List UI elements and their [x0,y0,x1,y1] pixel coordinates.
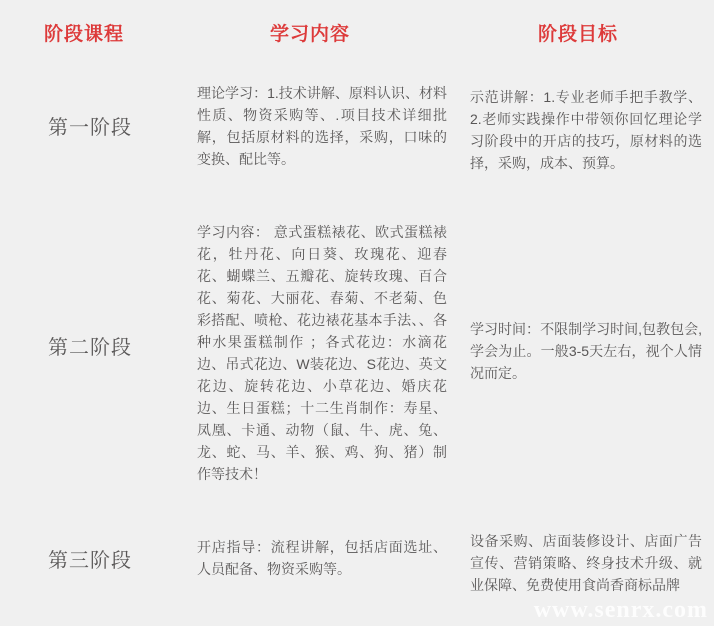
stage-goal-3: 设备采购、店面装修设计、店面广告宣传、营销策略、终身技术升级、就业保障、免费使用… [470,530,702,596]
learning-content-1: 理论学习：1.技术讲解、原料认识、材料性质、物资采购等、.项目技术详细批解，包括… [197,82,447,170]
watermark-text: www.senrx.com [534,597,708,624]
learning-content-2: 学习内容： 意式蛋糕裱花、欧式蛋糕裱花，牡丹花、向日葵、玫瑰花、迎春花、蝴蝶兰、… [197,221,447,485]
learning-content-3: 开店指导：流程讲解，包括店面选址、人员配备、物资采购等。 [197,536,447,580]
column-header-learning-content: 学习内容 [240,19,380,46]
course-stages-table: 阶段课程 学习内容 阶段目标 第一阶段 理论学习：1.技术讲解、原料认识、材料性… [0,0,714,626]
stage-label-1: 第一阶段 [18,114,162,142]
stage-label-2: 第二阶段 [18,334,162,362]
stage-goal-2: 学习时间：不限制学习时间,包教包会,学会为止。一般3-5天左右，视个人情况而定。 [470,318,702,384]
column-header-stage-course: 阶段课程 [14,19,154,46]
column-header-stage-goal: 阶段目标 [508,19,648,46]
stage-label-3: 第三阶段 [18,547,162,575]
stage-goal-1: 示范讲解：1.专业老师手把手教学、 2.老师实践操作中带领你回忆理论学习阶段中的… [470,86,702,174]
